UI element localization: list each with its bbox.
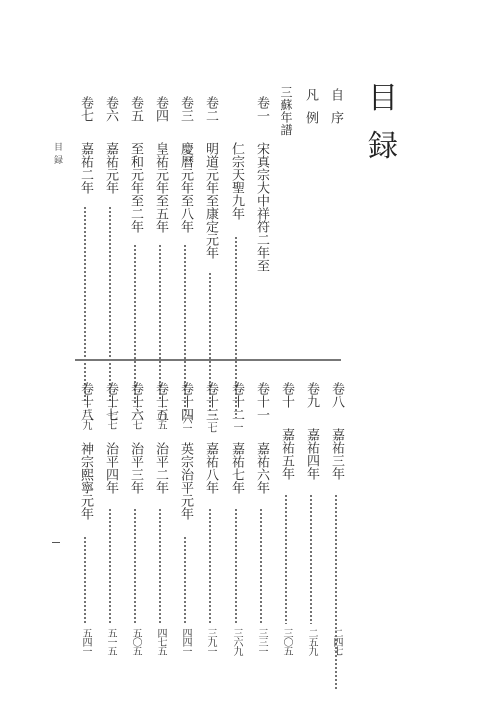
leader-dots — [109, 206, 111, 402]
page-number: 二五九 — [304, 628, 318, 655]
juan-label: 卷七 — [78, 96, 92, 122]
juan-label: 卷十四 — [178, 382, 192, 421]
entry-title: 治平四年 — [103, 442, 117, 494]
front-matter-notes[interactable]: 凡例 — [303, 88, 317, 134]
entry-title: 英宗治平元年 — [178, 442, 192, 520]
toc-entry-juan-11[interactable]: 卷十一 嘉祐六年 三三一 — [254, 382, 270, 672]
juan-label: 卷十五 — [153, 382, 167, 421]
juan-label: 卷八 — [329, 382, 343, 408]
juan-label: 卷六 — [103, 96, 117, 122]
leader-dots — [84, 536, 86, 624]
toc-entry-juan-16[interactable]: 卷十六 治平三年 五〇五 — [128, 382, 144, 672]
entry-title: 神宗熙寧元年 — [78, 442, 92, 520]
toc-entry-juan-9[interactable]: 卷九 嘉祐四年 二五九 — [304, 382, 320, 672]
entry-title: 明道元年至康定元年 — [203, 142, 217, 259]
entry-title: 嘉祐四年 — [304, 428, 318, 480]
entry-title: 治平二年 — [153, 442, 167, 494]
toc-entry-juan-8[interactable]: 卷八 嘉祐三年 二四七 — [329, 382, 345, 672]
juan-label: 卷三 — [178, 96, 192, 122]
leader-dots — [260, 508, 262, 624]
entry-title: 仁宗天聖九年 — [229, 142, 243, 220]
leader-dots — [184, 536, 186, 624]
entry-title: 嘉祐八年 — [203, 442, 217, 494]
page-number: 三九一 — [203, 628, 217, 655]
toc-entry-juan-4[interactable]: 卷四 皇祐元年至五年 一〇五 — [153, 96, 169, 356]
juan-label: 卷十 — [279, 382, 293, 408]
entry-title: 嘉祐五年 — [279, 428, 293, 480]
entry-title: 嘉祐七年 — [229, 442, 243, 494]
leader-dots — [310, 494, 312, 624]
juan-label: 卷十七 — [103, 382, 117, 421]
leader-dots — [235, 508, 237, 624]
juan-label: 卷十一 — [254, 382, 268, 421]
juan-label: 卷一 — [254, 96, 268, 122]
toc-entry-juan-13[interactable]: 卷十三 嘉祐八年 三九一 — [203, 382, 219, 672]
juan-label: 卷十六 — [128, 382, 142, 421]
toc-entry-juan-7[interactable]: 卷七 嘉祐二年 二三九 — [78, 96, 94, 356]
toc-page: 目 録 目録 自序 凡例 三蘇年譜 卷一 宋真宗大中祥符二年至 仁宗天聖九年 一… — [0, 0, 500, 717]
juan-label: 卷十二 — [229, 382, 243, 421]
entry-title: 皇祐元年至五年 — [153, 142, 167, 233]
page-number: 二四七 — [329, 628, 343, 655]
toc-entry-juan-18[interactable]: 卷十八 神宗熙寧元年 五四一 — [78, 382, 94, 672]
front-matter-chronology[interactable]: 三蘇年譜 — [279, 86, 293, 136]
toc-entry-juan-17[interactable]: 卷十七 治平四年 五一五 — [103, 382, 119, 672]
section-divider — [75, 359, 341, 361]
page-number: 五〇五 — [128, 628, 142, 655]
page-number: 三〇五 — [279, 628, 293, 655]
toc-entry-juan-1[interactable]: 卷一 宋真宗大中祥符二年至 — [254, 96, 270, 356]
page-number: 四四一 — [178, 628, 192, 655]
page-number: 五四一 — [78, 628, 92, 655]
toc-entry-juan-3[interactable]: 卷三 慶曆元年至八年 六一 — [178, 96, 194, 356]
leader-dots — [159, 508, 161, 624]
title-char-lu: 録 — [368, 130, 398, 164]
entry-title: 治平三年 — [128, 442, 142, 494]
entry-title: 嘉祐三年 — [329, 428, 343, 480]
leader-dots — [285, 494, 287, 624]
toc-entry-juan-12[interactable]: 卷十二 嘉祐七年 三六九 — [229, 382, 245, 672]
juan-label: 卷九 — [304, 382, 318, 408]
juan-label: 卷十三 — [203, 382, 217, 421]
entry-title: 慶曆元年至八年 — [178, 142, 192, 233]
entry-title: 至和元年至二年 — [128, 142, 142, 233]
page-title: 目 録 — [368, 82, 398, 164]
entry-title: 宋真宗大中祥符二年至 — [254, 142, 268, 272]
juan-label: 卷四 — [153, 96, 167, 122]
toc-entry-juan-15[interactable]: 卷十五 治平二年 四七五 — [153, 382, 169, 672]
toc-entry-juan-1-cont[interactable]: 仁宗天聖九年 一 — [229, 96, 245, 356]
leader-dots — [335, 494, 337, 690]
entry-title: 嘉祐二年 — [78, 142, 92, 194]
entry-title: 嘉祐六年 — [254, 442, 268, 494]
juan-label: 卷二 — [203, 96, 217, 122]
page-number: 四七五 — [153, 628, 167, 655]
page-number: 三六九 — [229, 628, 243, 655]
title-char-mu: 目 — [368, 82, 398, 116]
page-number: 三三一 — [254, 628, 268, 655]
leader-dots — [84, 206, 86, 402]
page-number: 五一五 — [103, 628, 117, 655]
leader-dots — [209, 508, 211, 624]
leader-dots — [134, 508, 136, 624]
leader-dots — [159, 244, 161, 400]
toc-entry-juan-5[interactable]: 卷五 至和元年至二年 一二七 — [128, 96, 144, 356]
page-folio-mark — [52, 542, 60, 543]
running-head: 目録 — [50, 142, 64, 168]
entry-title: 嘉祐元年 — [103, 142, 117, 194]
toc-entry-juan-6[interactable]: 卷六 嘉祐元年 一七七 — [103, 96, 119, 356]
front-matter-preface[interactable]: 自序 — [328, 88, 342, 134]
leader-dots — [134, 244, 136, 404]
leader-dots — [109, 508, 111, 624]
juan-label: 卷五 — [128, 96, 142, 122]
toc-entry-juan-10[interactable]: 卷十 嘉祐五年 三〇五 — [279, 382, 295, 672]
toc-entry-juan-14[interactable]: 卷十四 英宗治平元年 四四一 — [178, 382, 194, 672]
juan-label: 卷十八 — [78, 382, 92, 421]
toc-entry-juan-2[interactable]: 卷二 明道元年至康定元年 三七 — [203, 96, 219, 356]
